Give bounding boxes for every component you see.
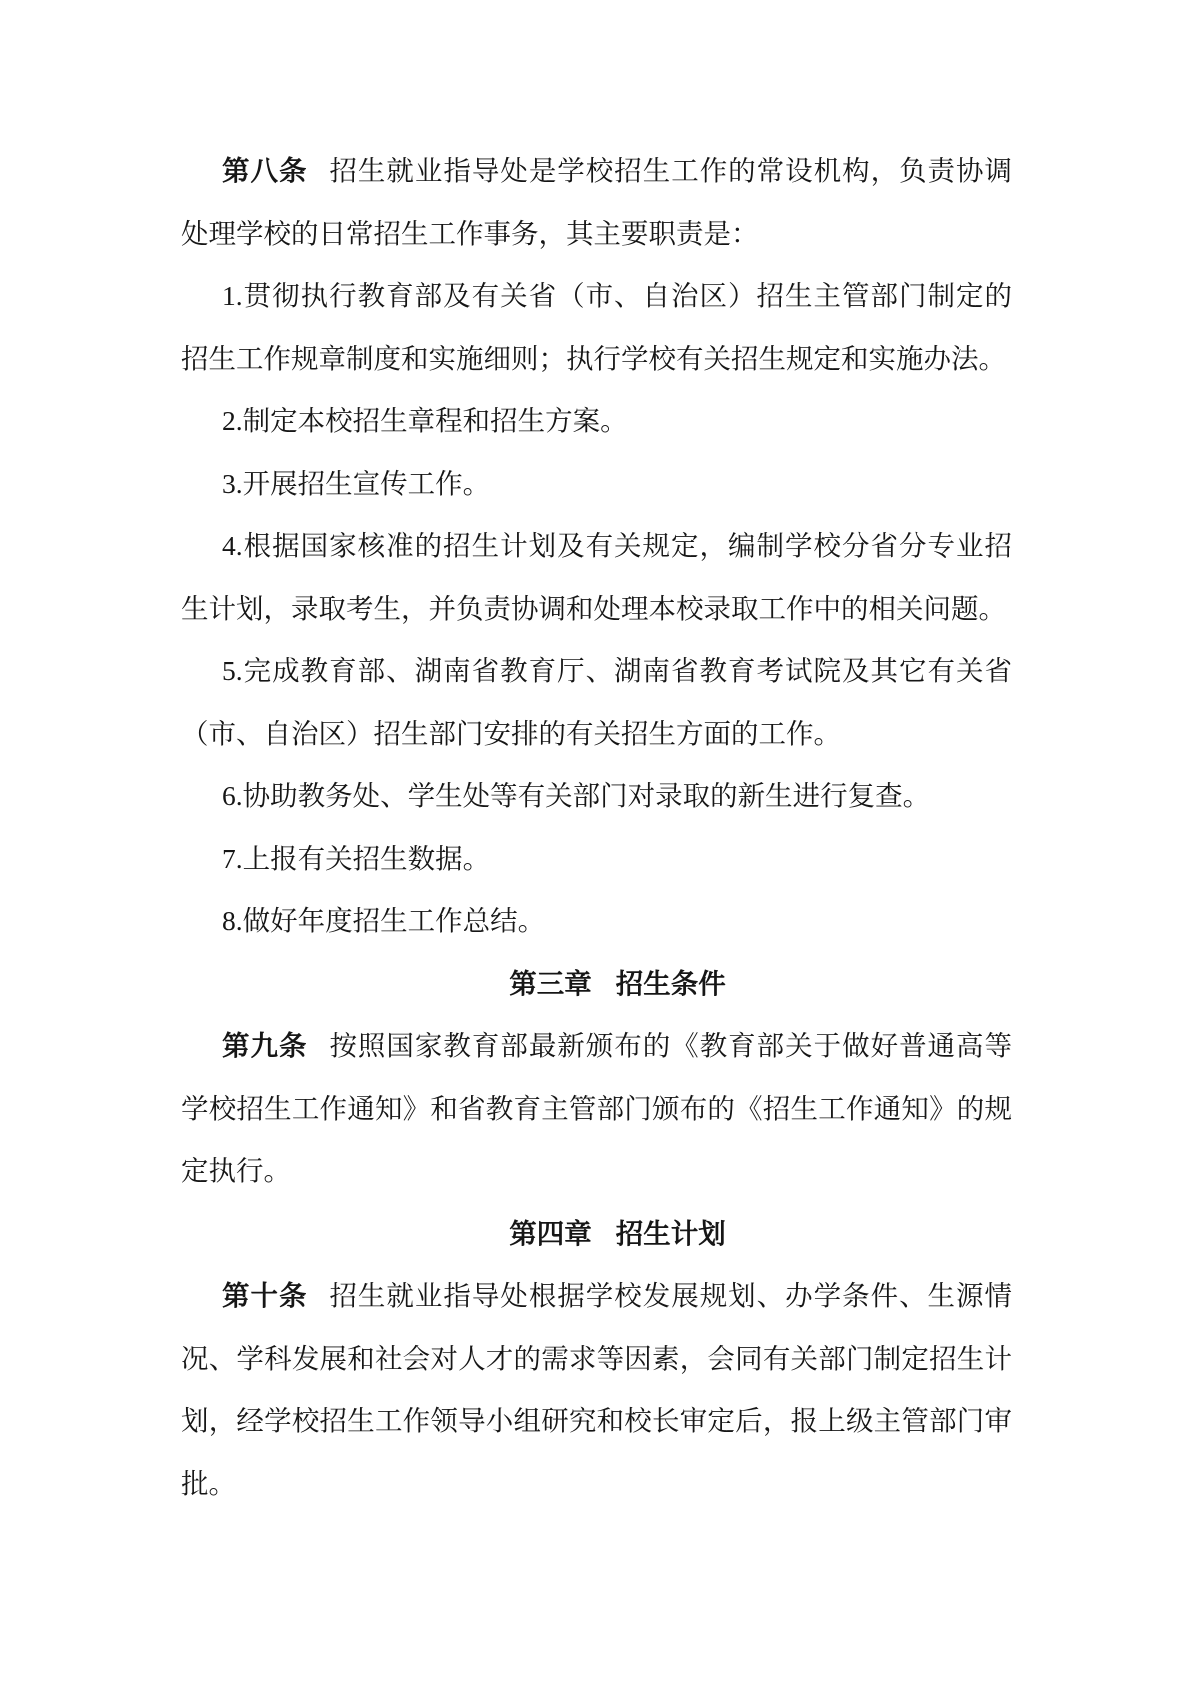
document-line: 划，经学校招生工作领导小组研究和校长审定后，报上级主管部门审 (181, 1390, 1012, 1453)
article-8-number: 第八条 (222, 155, 307, 186)
duty-item-2-line: 2.制定本校招生章程和招生方案。 (181, 390, 1012, 453)
article-10-opening-line: 第十条招生就业指导处根据学校发展规划、办学条件、生源情 (181, 1265, 1012, 1328)
line-text: 生计划，录取考生，并负责协调和处理本校录取工作中的相关问题。 (181, 593, 1006, 624)
line-text: 招生就业指导处根据学校发展规划、办学条件、生源情 (329, 1280, 1012, 1311)
line-text: 8.做好年度招生工作总结。 (222, 905, 545, 936)
article-8-opening-line: 第八条招生就业指导处是学校招生工作的常设机构，负责协调 (181, 140, 1012, 203)
article-10-number: 第十条 (222, 1280, 307, 1311)
chapter-3-title: 招生条件 (616, 968, 726, 999)
line-text: 1.贯彻执行教育部及有关省（市、自治区）招生主管部门制定的 (222, 280, 1012, 311)
line-text: 按照国家教育部最新颁布的《教育部关于做好普通高等 (329, 1030, 1012, 1061)
line-text: 6.协助教务处、学生处等有关部门对录取的新生进行复查。 (222, 780, 930, 811)
line-text: 招生就业指导处是学校招生工作的常设机构，负责协调 (329, 155, 1012, 186)
document-line: 招生工作规章制度和实施细则；执行学校有关招生规定和实施办法。 (181, 328, 1012, 391)
line-text: 2.制定本校招生章程和招生方案。 (222, 405, 628, 436)
document-line: 学校招生工作通知》和省教育主管部门颁布的《招生工作通知》的规 (181, 1078, 1012, 1141)
document-line: 生计划，录取考生，并负责协调和处理本校录取工作中的相关问题。 (181, 578, 1012, 641)
line-text: 定执行。 (181, 1155, 291, 1186)
article-9-opening-line: 第九条按照国家教育部最新颁布的《教育部关于做好普通高等 (181, 1015, 1012, 1078)
document-text-block: 第八条招生就业指导处是学校招生工作的常设机构，负责协调 处理学校的日常招生工作事… (181, 140, 1012, 1515)
chapter-4-title: 招生计划 (616, 1218, 726, 1249)
duty-item-7-line: 7.上报有关招生数据。 (181, 828, 1012, 891)
duty-item-1-line: 1.贯彻执行教育部及有关省（市、自治区）招生主管部门制定的 (181, 265, 1012, 328)
document-line: （市、自治区）招生部门安排的有关招生方面的工作。 (181, 703, 1012, 766)
document-line: 定执行。 (181, 1140, 1012, 1203)
chapter-4-number: 第四章 (509, 1218, 592, 1249)
duty-item-5-line: 5.完成教育部、湖南省教育厅、湖南省教育考试院及其它有关省 (181, 640, 1012, 703)
line-text: 况、学科发展和社会对人才的需求等因素，会同有关部门制定招生计 (181, 1343, 1012, 1374)
line-text: （市、自治区）招生部门安排的有关招生方面的工作。 (181, 718, 841, 749)
document-line: 批。 (181, 1453, 1012, 1516)
duty-item-6-line: 6.协助教务处、学生处等有关部门对录取的新生进行复查。 (181, 765, 1012, 828)
article-9-number: 第九条 (222, 1030, 307, 1061)
line-text: 7.上报有关招生数据。 (222, 843, 490, 874)
chapter-3-number: 第三章 (509, 968, 592, 999)
line-text: 学校招生工作通知》和省教育主管部门颁布的《招生工作通知》的规 (181, 1093, 1012, 1124)
duty-item-8-line: 8.做好年度招生工作总结。 (181, 890, 1012, 953)
document-line: 况、学科发展和社会对人才的需求等因素，会同有关部门制定招生计 (181, 1328, 1012, 1391)
line-text: 处理学校的日常招生工作事务，其主要职责是： (181, 218, 759, 249)
line-text: 招生工作规章制度和实施细则；执行学校有关招生规定和实施办法。 (181, 343, 1006, 374)
document-line: 处理学校的日常招生工作事务，其主要职责是： (181, 203, 1012, 266)
line-text: 3.开展招生宣传工作。 (222, 468, 490, 499)
line-text: 批。 (181, 1468, 236, 1499)
line-text: 划，经学校招生工作领导小组研究和校长审定后，报上级主管部门审 (181, 1405, 1012, 1436)
chapter-4-heading: 第四章招生计划 (181, 1203, 1012, 1266)
chapter-3-heading: 第三章招生条件 (181, 953, 1012, 1016)
document-page: 第八条招生就业指导处是学校招生工作的常设机构，负责协调 处理学校的日常招生工作事… (0, 0, 1191, 1684)
line-text: 5.完成教育部、湖南省教育厅、湖南省教育考试院及其它有关省 (222, 655, 1012, 686)
duty-item-3-line: 3.开展招生宣传工作。 (181, 453, 1012, 516)
line-text: 4.根据国家核准的招生计划及有关规定，编制学校分省分专业招 (222, 530, 1012, 561)
duty-item-4-line: 4.根据国家核准的招生计划及有关规定，编制学校分省分专业招 (181, 515, 1012, 578)
